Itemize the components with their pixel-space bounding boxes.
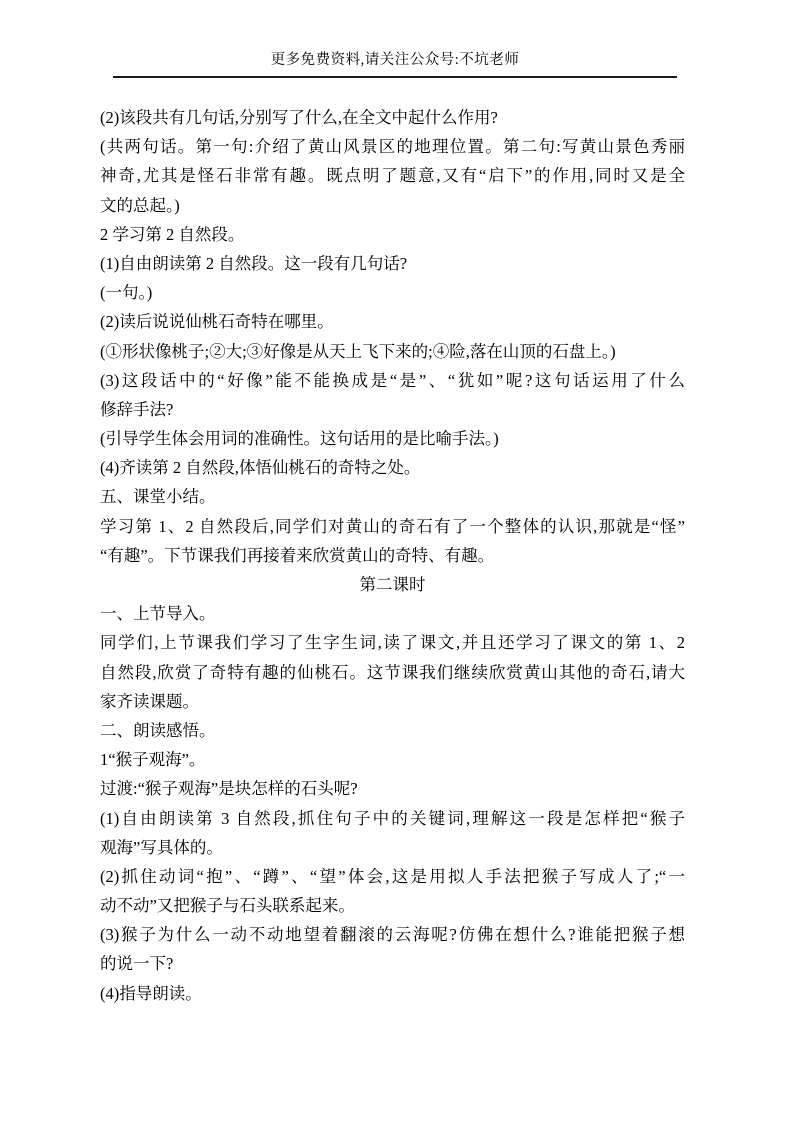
text-line: 二、朗读感悟。 — [100, 716, 685, 745]
text-line: (一句。) — [100, 278, 685, 307]
text-line: (①形状像桃子;②大;③好像是从天上飞下来的;④险,落在山顶的石盘上。) — [100, 337, 685, 366]
text-line: 学习第 1、2 自然段后,同学们对黄山的奇石有了一个整体的认识,那就是“怪” — [100, 512, 685, 541]
text-line: (1)自由朗读第 2 自然段。这一段有几句话? — [100, 249, 685, 278]
text-line: 2 学习第 2 自然段。 — [100, 220, 685, 249]
text-line: 神奇,尤其是怪石非常有趣。既点明了题意,又有“启下”的作用,同时又是全 — [100, 161, 685, 190]
text-line: (3)这段话中的“好像”能不能换成是“是”、“犹如”呢?这句话运用了什么 — [100, 366, 685, 395]
text-line: (引导学生体会用词的准确性。这句话用的是比喻手法。) — [100, 424, 685, 453]
document-page: 更多免费资料,请关注公众号:不坑老师 (2)该段共有几句话,分别写了什么,在全文… — [0, 0, 793, 1122]
text-line: 第二课时 — [100, 570, 685, 599]
text-line: 五、课堂小结。 — [100, 482, 685, 511]
text-line: 1“猴子观海”。 — [100, 745, 685, 774]
text-line: 过渡:“猴子观海”是块怎样的石头呢? — [100, 774, 685, 803]
text-line: 观海”写具体的。 — [100, 833, 685, 862]
text-line: (2)该段共有几句话,分别写了什么,在全文中起什么作用? — [100, 103, 685, 132]
text-line: (1)自由朗读第 3 自然段,抓住句子中的关键词,理解这一段是怎样把“猴子 — [100, 804, 685, 833]
document-body: (2)该段共有几句话,分别写了什么,在全文中起什么作用?(共两句话。第一句:介绍… — [100, 103, 685, 1008]
text-line: 一、上节导入。 — [100, 599, 685, 628]
text-line: (共两句话。第一句:介绍了黄山风景区的地理位置。第二句:写黄山景色秀丽 — [100, 132, 685, 161]
text-line: 同学们,上节课我们学习了生字生词,读了课文,并且还学习了课文的第 1、2 — [100, 628, 685, 657]
text-line: 动不动”又把猴子与石头联系起来。 — [100, 891, 685, 920]
header-promo-text: 更多免费资料,请关注公众号:不坑老师 — [271, 52, 520, 68]
text-line: 文的总起。) — [100, 191, 685, 220]
text-line: (2)抓住动词“抱”、“蹲”、“望”体会,这是用拟人手法把猴子写成人了;“一 — [100, 862, 685, 891]
text-line: 家齐读课题。 — [100, 687, 685, 716]
text-line: 修辞手法? — [100, 395, 685, 424]
text-line: (4)齐读第 2 自然段,体悟仙桃石的奇特之处。 — [100, 453, 685, 482]
text-line: (2)读后说说仙桃石奇特在哪里。 — [100, 307, 685, 336]
text-line: 自然段,欣赏了奇特有趣的仙桃石。这节课我们继续欣赏黄山其他的奇石,请大 — [100, 658, 685, 687]
text-line: “有趣”。下节课我们再接着来欣赏黄山的奇特、有趣。 — [100, 541, 685, 570]
text-line: 的说一下? — [100, 949, 685, 978]
text-line: (3)猴子为什么一动不动地望着翻滚的云海呢?仿佛在想什么?谁能把猴子想 — [100, 920, 685, 949]
page-header: 更多免费资料,请关注公众号:不坑老师 — [113, 50, 677, 78]
text-line: (4)指导朗读。 — [100, 979, 685, 1008]
